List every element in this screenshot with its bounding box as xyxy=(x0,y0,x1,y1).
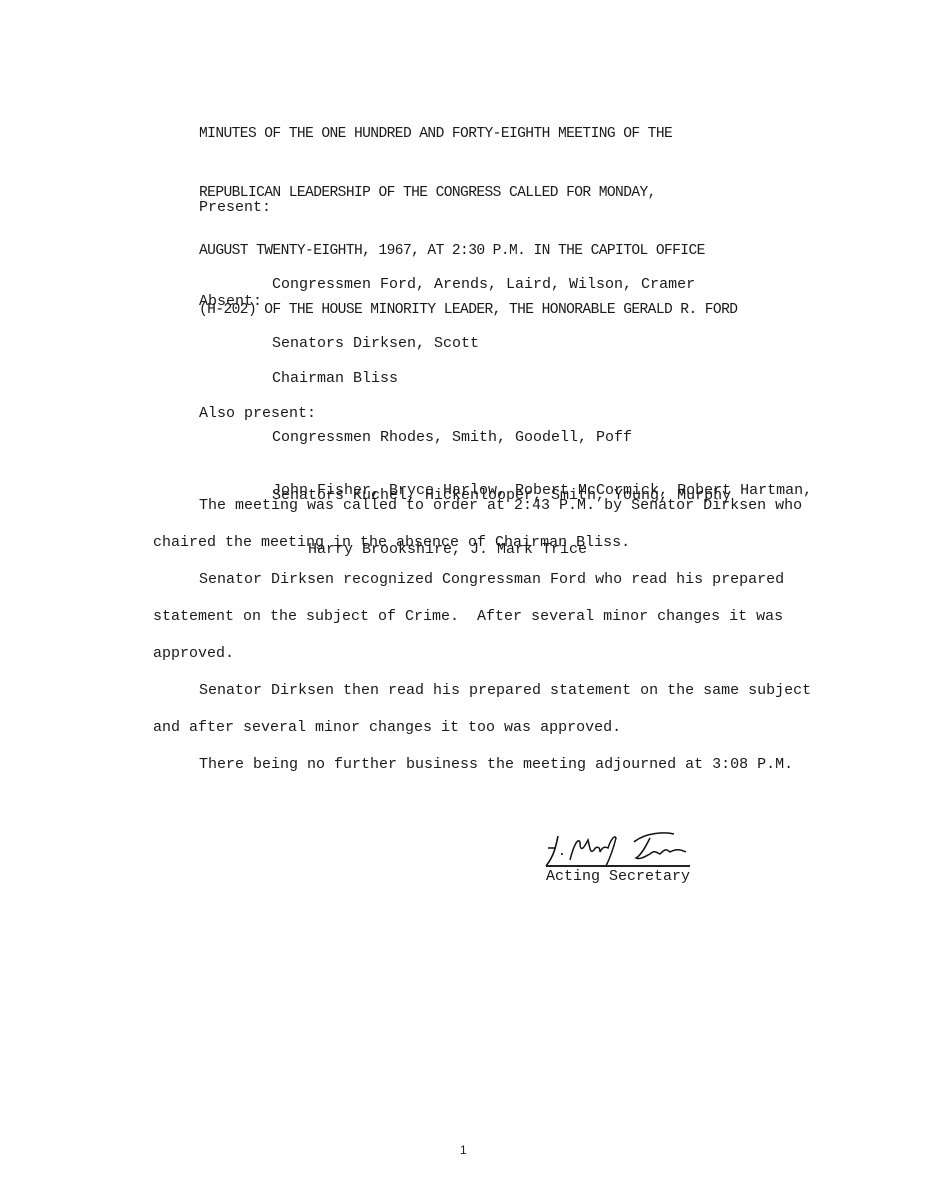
paragraph-2-line: Senator Dirksen recognized Congressman F… xyxy=(199,571,784,588)
signature-block: Acting Secretary xyxy=(536,826,716,886)
also-present-label: Also present: xyxy=(199,405,316,422)
paragraph-4-line: There being no further business the meet… xyxy=(199,756,793,773)
paragraph-3-line: and after several minor changes it too w… xyxy=(153,719,621,736)
page-number: 1 xyxy=(460,1143,467,1157)
paragraph-3-line: Senator Dirksen then read his prepared s… xyxy=(199,682,811,699)
document-page: MINUTES OF THE ONE HUNDRED AND FORTY-EIG… xyxy=(0,0,928,1200)
signatory-title: Acting Secretary xyxy=(546,868,690,885)
present-label: Present: xyxy=(199,199,271,216)
absent-label: Absent: xyxy=(199,293,262,310)
handwritten-signature-icon xyxy=(536,826,716,870)
paragraph-2-line: statement on the subject of Crime. After… xyxy=(153,608,783,625)
attendee-line: Congressmen Ford, Arends, Laird, Wilson,… xyxy=(272,275,695,295)
paragraph-2-line: approved. xyxy=(153,645,234,662)
signature-line xyxy=(546,865,690,867)
title-line: MINUTES OF THE ONE HUNDRED AND FORTY-EIG… xyxy=(199,125,737,145)
paragraph-1-line: The meeting was called to order at 2:43 … xyxy=(199,497,802,514)
paragraph-1-line: chaired the meeting in the absence of Ch… xyxy=(153,534,630,551)
absentee-line: Chairman Bliss xyxy=(272,369,731,389)
title-line: REPUBLICAN LEADERSHIP OF THE CONGRESS CA… xyxy=(199,184,737,204)
